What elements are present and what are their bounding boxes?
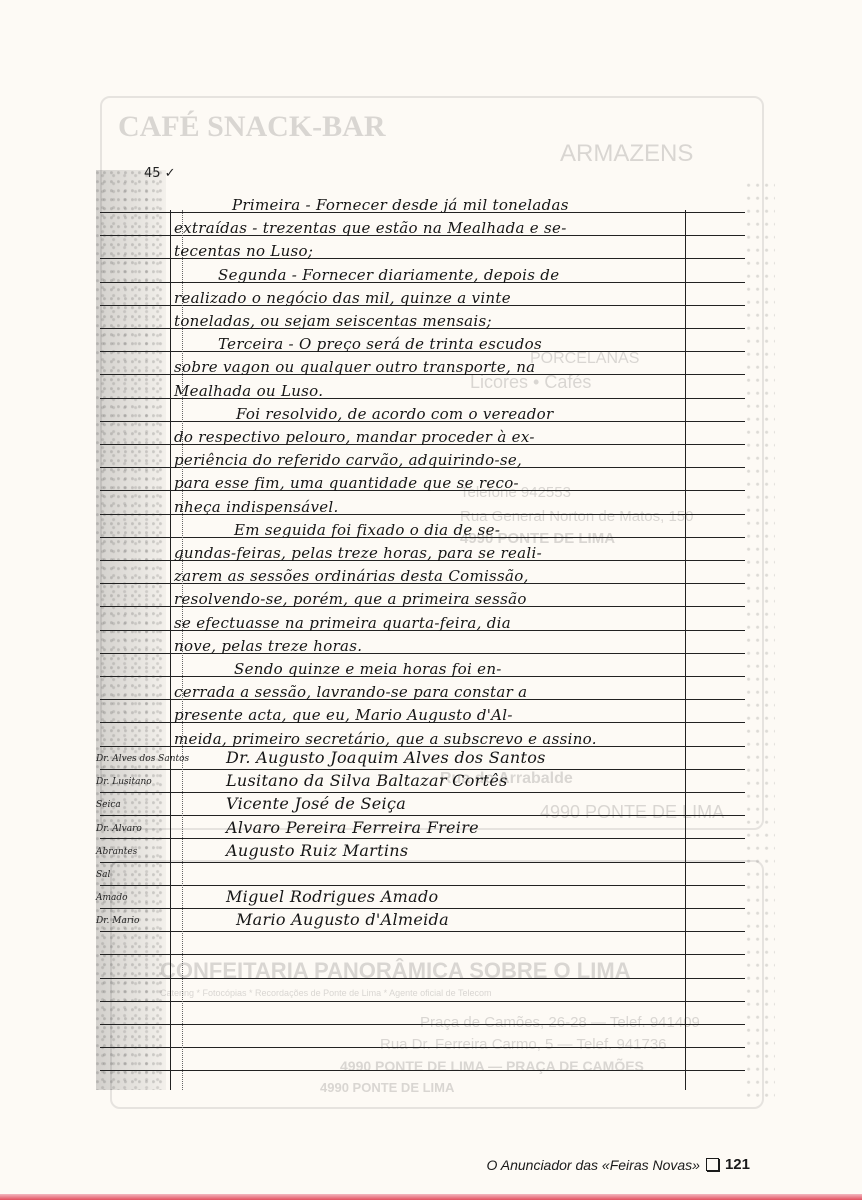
bleed-servicos: Catering * Fotocópias * Recordações de P… [160, 988, 492, 998]
ruled-line [100, 769, 745, 770]
signature: Alvaro Pereira Ferreira Freire [226, 818, 479, 837]
signatory-margin-name: Seica [96, 800, 121, 810]
ruled-line-right [690, 560, 745, 561]
left-margin-line [170, 210, 171, 1090]
ruled-line-right [690, 490, 745, 491]
bleed-confeitaria: CONFEITARIA PANORÂMICA SOBRE O LIMA [160, 958, 631, 984]
manuscript-line: cerrada a sessão, lavrando-se para const… [174, 683, 527, 701]
ruled-line-right [690, 212, 745, 213]
ruled-line-right [690, 838, 745, 839]
manuscript-line: Em seguida foi fixado o dia de se- [234, 521, 500, 539]
ruled-line [100, 908, 745, 909]
ruled-line-right [690, 722, 745, 723]
ruled-line-right [690, 444, 745, 445]
ruled-line-right [690, 931, 745, 932]
ruled-line-right [690, 862, 745, 863]
ruled-line-right [690, 815, 745, 816]
bleed-heading: CAFÉ SNACK-BAR [118, 110, 386, 144]
manuscript-line: zarem as sessões ordinárias desta Comiss… [174, 567, 529, 585]
signatory-margin-name: Dr. Mario [96, 916, 139, 926]
ruled-line-right [690, 606, 745, 607]
page-number: 121 [725, 1156, 750, 1173]
ruled-line-right [690, 676, 745, 677]
signature: Mario Augusto d'Almeida [236, 910, 449, 929]
manuscript-line: Mealhada ou Luso. [174, 382, 323, 400]
ruled-line-right [690, 583, 745, 584]
manuscript-line: Primeira - Fornecer desde já mil tonelad… [232, 196, 569, 214]
manuscript-line: nove, pelas treze horas. [174, 637, 362, 655]
ruled-line [100, 792, 745, 793]
signatory-margin-name: Sal [96, 870, 110, 880]
manuscript-line: periência do referido carvão, adquirindo… [174, 451, 522, 469]
manuscript-line: nheça indispensável. [174, 498, 339, 516]
ruled-line [100, 954, 745, 955]
ruled-line [100, 1001, 745, 1002]
page-edge [0, 1194, 862, 1200]
ruled-line-right [690, 258, 745, 259]
bleed-armazens: ARMAZENS [560, 140, 693, 168]
ruled-line-right [690, 374, 745, 375]
ruled-line-right [690, 398, 745, 399]
ruled-line-right [690, 792, 745, 793]
ruled-line-right [690, 699, 745, 700]
manuscript-line: Segunda - Fornecer diariamente, depois d… [218, 266, 559, 284]
bleed-porcelanas: PORCELANAS [530, 350, 639, 368]
bleed-praca: Praça de Camões, 26-28 — Telef. 941409 [420, 1014, 700, 1031]
signatory-margin-name: Abrantes [96, 847, 137, 857]
folio-number: 45 ✓ [144, 166, 176, 181]
ruled-line-right [690, 1047, 745, 1048]
signature: Miguel Rodrigues Amado [226, 887, 438, 906]
ruled-line [100, 838, 745, 839]
signature: Dr. Augusto Joaquim Alves dos Santos [226, 748, 546, 767]
ruled-line [100, 862, 745, 863]
ruled-line-right [690, 421, 745, 422]
ruled-line [100, 1047, 745, 1048]
manuscript-line: resolvendo-se, porém, que a primeira ses… [174, 590, 527, 608]
page-footer: O Anunciador das «Feiras Novas» 121 [486, 1156, 750, 1173]
bleed-rua-ferreira: Rua Dr. Ferreira Carmo, 5 — Telef. 94173… [380, 1036, 667, 1053]
manuscript-line: meida, primeiro secretário, que a subscr… [174, 730, 597, 748]
ruled-line-right [690, 954, 745, 955]
signatory-margin-name: Amado [96, 893, 128, 903]
manuscript-line: sobre vagon ou qualquer outro transporte… [174, 358, 535, 376]
bleed-ponte-lima-3: 4990 PONTE DE LIMA [320, 1080, 454, 1095]
ruled-line-right [690, 1024, 745, 1025]
ruled-line [100, 1070, 745, 1071]
signatory-margin-name: Dr. Lusitano [96, 777, 152, 787]
ruled-line [100, 978, 745, 979]
ruled-line [100, 931, 745, 932]
ruled-line-right [690, 467, 745, 468]
manuscript-line: presente acta, que eu, Mario Augusto d'A… [174, 706, 513, 724]
ruled-line-right [690, 653, 745, 654]
ruled-line-right [690, 908, 745, 909]
ruled-line-right [690, 328, 745, 329]
ruled-line-right [690, 537, 745, 538]
bleed-ponte-camoes: 4990 PONTE DE LIMA — PRAÇA DE CAMÕES [340, 1058, 644, 1074]
bleed-ponte-lima-2: 4990 PONTE DE LIMA [540, 802, 724, 823]
manuscript-line: gundas-feiras, pelas treze horas, para s… [174, 544, 542, 562]
manuscript-line: extraídas - trezentas que estão na Mealh… [174, 219, 567, 237]
signature: Augusto Ruiz Martins [226, 841, 408, 860]
ruled-line-right [690, 746, 745, 747]
ruled-line-right [690, 885, 745, 886]
ruled-line-right [690, 1070, 745, 1071]
publication-title: O Anunciador das «Feiras Novas» [486, 1157, 699, 1173]
manuscript-line: se efectuasse na primeira quarta-feira, … [174, 614, 511, 632]
manuscript-line: toneladas, ou sejam seiscentas mensais; [174, 312, 492, 330]
ruled-line-right [690, 235, 745, 236]
manuscript-line: do respectivo pelouro, mandar proceder à… [174, 428, 535, 446]
ruled-line [100, 815, 745, 816]
square-bullet-icon [706, 1158, 719, 1171]
signature: Vicente José de Seiça [226, 794, 406, 813]
ruled-line-right [690, 978, 745, 979]
manuscript-line: realizado o negócio das mil, quinze a vi… [174, 289, 511, 307]
ruled-line-right [690, 305, 745, 306]
ruled-line-right [690, 514, 745, 515]
manuscript-line: para esse fim, uma quantidade que se rec… [174, 474, 519, 492]
manuscript-line: Foi resolvido, de acordo com o vereador [236, 405, 553, 423]
manuscript-line: tecentas no Luso; [174, 242, 313, 260]
ruled-line-right [690, 351, 745, 352]
right-margin-line [685, 210, 686, 1090]
ruled-line [100, 1024, 745, 1025]
signature: Lusitano da Silva Baltazar Cortês [226, 771, 508, 790]
scan-noise-right [745, 180, 775, 1100]
ruled-line-right [690, 282, 745, 283]
signatory-margin-name: Dr. Alves dos Santos [96, 754, 189, 764]
ruled-line-right [690, 1001, 745, 1002]
signatory-margin-name: Dr. Alvaro [96, 824, 142, 834]
manuscript-line: Terceira - O preço será de trinta escudo… [218, 335, 542, 353]
ruled-line-right [690, 769, 745, 770]
ruled-line [100, 885, 745, 886]
manuscript-line: Sendo quinze e meia horas foi en- [234, 660, 502, 678]
ruled-line-right [690, 630, 745, 631]
